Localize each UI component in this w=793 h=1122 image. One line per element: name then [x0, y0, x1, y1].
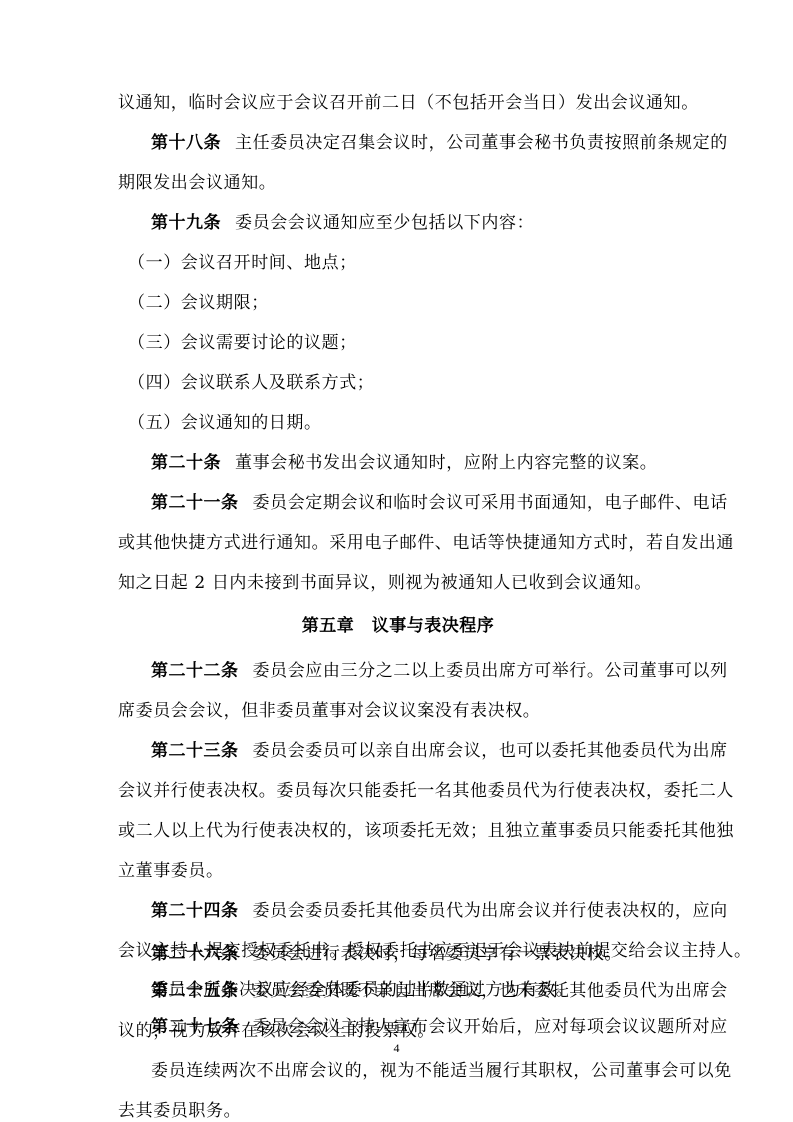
line-text: 期限发出会议通知。 — [118, 173, 276, 193]
list-item: （五）会议通知的日期。 — [128, 412, 322, 434]
line-text: 或二人以上代为行使表决权的，该项委托无效；且独立董事委员只能委托其他独 — [118, 821, 734, 841]
article-21: 第二十一条委员会定期会议和临时会议可采用书面通知，电子邮件、电话 — [151, 492, 728, 514]
article-label: 第二十三条 — [151, 741, 239, 761]
article-18: 第十八条主任委员决定召集会议时，公司董事会秘书负责按照前条规定的 — [151, 132, 728, 154]
article-label: 第二十条 — [151, 453, 221, 473]
chapter-title: 第五章 议事与表决程序 — [118, 615, 678, 637]
line-text: 委员连续两次不出席会议的，视为不能适当履行其职权，公司董事会可以免 — [151, 1061, 732, 1081]
line-text: 知之日起 2 日内未接到书面异议，则视为被通知人已收到会议通知。 — [118, 573, 652, 593]
paragraph-line: 委员连续两次不出席会议的，视为不能适当履行其职权，公司董事会可以免 — [151, 1060, 732, 1082]
line-text: 会议并行使表决权。委员每次只能委托一名其他委员代为行使表决权，委托二人 — [118, 781, 734, 801]
line-text: 席委员会会议，但非委员董事对会议议案没有表决权。 — [118, 701, 540, 721]
list-item-text: （四）会议联系人及联系方式； — [128, 373, 374, 393]
article-label: 第十八条 — [151, 133, 221, 153]
article-24: 第二十四条委员会委员委托其他委员代为出席会议并行使表决权的，应向 — [151, 900, 728, 922]
article-text: 委员会会议主持人宣布会议开始后，应对每项会议议题所对应 — [253, 1017, 728, 1037]
list-item: （一）会议召开时间、地点； — [128, 252, 357, 274]
paragraph-line: 或其他快捷方式进行通知。采用电子邮件、电话等快捷通知方式时，若自发出通 — [118, 532, 734, 554]
article-text: 委员会委员可以亲自出席会议，也可以委托其他委员代为出席 — [253, 741, 728, 761]
article-26: 第二十六条委员会进行表决时，每名委员享有一票表决权。 — [151, 943, 622, 965]
article-text: 委员会进行表决时，每名委员享有一票表决权。 — [253, 944, 623, 964]
line-text: 或其他快捷方式进行通知。采用电子邮件、电话等快捷通知方式时，若自发出通 — [118, 533, 734, 553]
article-label: 第二十六条 — [151, 944, 239, 964]
line-text: 议通知，临时会议应于会议召开前二日（不包括开会当日）发出会议通知。 — [118, 93, 699, 113]
list-item-text: （三）会议需要讨论的议题； — [128, 333, 357, 353]
article-27: 第二十七条委员会会议主持人宣布会议开始后，应对每项会议议题所对应 — [151, 1016, 728, 1038]
paragraph-line: 去其委员职务。 — [118, 1100, 241, 1122]
article-22: 第二十二条委员会应由三分之二以上委员出席方可举行。公司董事可以列 — [151, 660, 728, 682]
list-item: （四）会议联系人及联系方式； — [128, 372, 374, 394]
list-item: （二）会议期限； — [128, 292, 269, 314]
article-label: 第二十一条 — [151, 493, 239, 513]
article-text: 委员会会议通知应至少包括以下内容： — [235, 213, 534, 233]
article-19: 第十九条委员会会议通知应至少包括以下内容： — [151, 212, 534, 234]
paragraph-line: 席委员会会议，但非委员董事对会议议案没有表决权。 — [118, 700, 540, 722]
paragraph-line: 知之日起 2 日内未接到书面异议，则视为被通知人已收到会议通知。 — [118, 572, 652, 594]
article-text: 董事会秘书发出会议通知时，应附上内容完整的议案。 — [235, 453, 657, 473]
article-label: 第十九条 — [151, 213, 221, 233]
list-item-text: （五）会议通知的日期。 — [128, 413, 322, 433]
article-23: 第二十三条委员会委员可以亲自出席会议，也可以委托其他委员代为出席 — [151, 740, 728, 762]
paragraph-line: 或二人以上代为行使表决权的，该项委托无效；且独立董事委员只能委托其他独 — [118, 820, 734, 842]
article-text: 委员会定期会议和临时会议可采用书面通知，电子邮件、电话 — [253, 493, 728, 513]
paragraph-line: 期限发出会议通知。 — [118, 172, 276, 194]
article-20: 第二十条董事会秘书发出会议通知时，应附上内容完整的议案。 — [151, 452, 657, 474]
page-number: 4 — [0, 1041, 793, 1056]
line-text: 立董事委员。 — [118, 861, 224, 881]
list-item: （三）会议需要讨论的议题； — [128, 332, 357, 354]
paragraph-line: 会议并行使表决权。委员每次只能委托一名其他委员代为行使表决权，委托二人 — [118, 780, 734, 802]
line-text: 去其委员职务。 — [118, 1101, 241, 1121]
article-label: 第二十七条 — [151, 1017, 239, 1037]
line-text: 委员会所作决议应经全体委员的过半数通过方为有效。 — [151, 980, 573, 1000]
paragraph-line: 委员会所作决议应经全体委员的过半数通过方为有效。 — [151, 979, 573, 1001]
article-label: 第二十四条 — [151, 901, 239, 921]
article-text: 主任委员决定召集会议时，公司董事会秘书负责按照前条规定的 — [235, 133, 728, 153]
list-item-text: （一）会议召开时间、地点； — [128, 253, 357, 273]
paragraph-line: 立董事委员。 — [118, 860, 224, 882]
paragraph-line: 议通知，临时会议应于会议召开前二日（不包括开会当日）发出会议通知。 — [118, 92, 699, 114]
article-text: 委员会应由三分之二以上委员出席方可举行。公司董事可以列 — [253, 661, 728, 681]
list-item-text: （二）会议期限； — [128, 293, 269, 313]
article-text: 委员会委员委托其他委员代为出席会议并行使表决权的，应向 — [253, 901, 728, 921]
article-label: 第二十二条 — [151, 661, 239, 681]
